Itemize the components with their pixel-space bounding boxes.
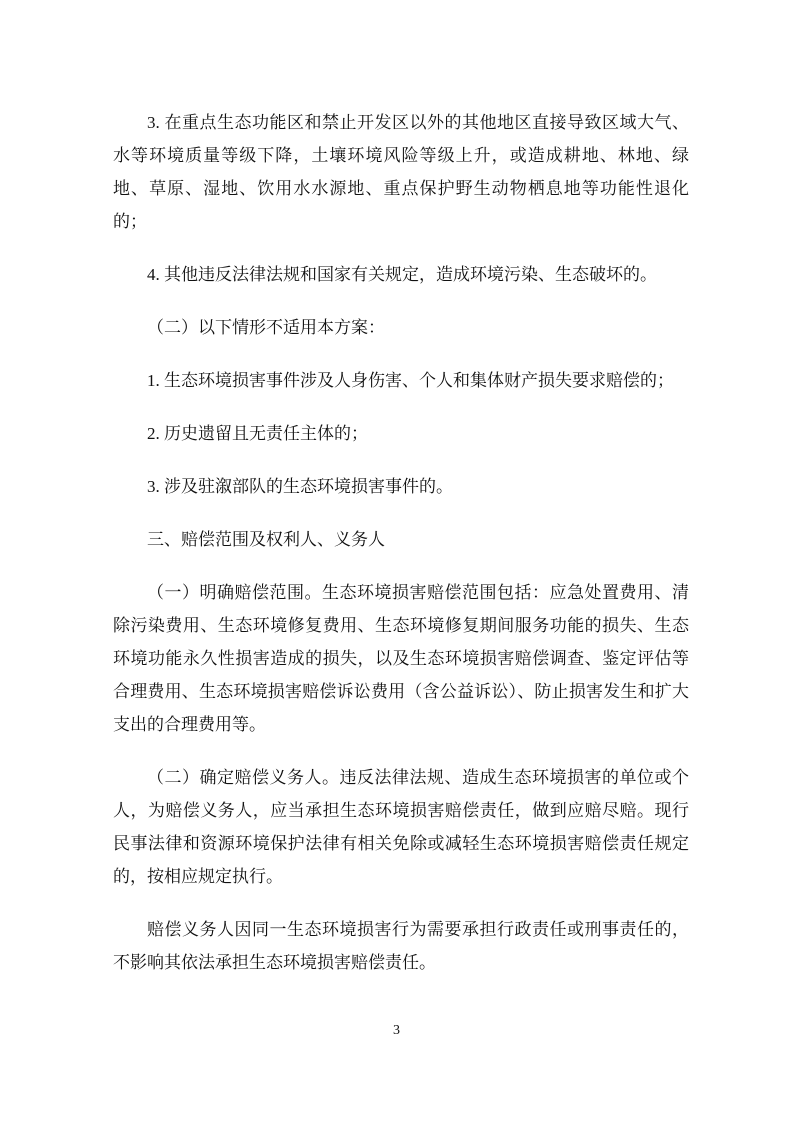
paragraph: （二）确定赔偿义务人。违反法律法规、造成生态环境损害的单位或个人，为赔偿义务人，… [113, 761, 689, 893]
paragraph: 2. 历史遗留且无责任主体的； [113, 417, 689, 450]
paragraph: （二）以下情形不适用本方案： [113, 311, 689, 344]
page-number: 3 [0, 1022, 793, 1040]
paragraph: 3. 在重点生态功能区和禁止开发区以外的其他地区直接导致区域大气、水等环境质量等… [113, 106, 689, 238]
paragraph: 三、赔偿范围及权利人、义务人 [113, 523, 689, 556]
paragraph: 4. 其他违反法律法规和国家有关规定，造成环境污染、生态破坏的。 [113, 258, 689, 291]
document-body: 3. 在重点生态功能区和禁止开发区以外的其他地区直接导致区域大气、水等环境质量等… [113, 106, 689, 999]
paragraph: 3. 涉及驻溆部队的生态环境损害事件的。 [113, 470, 689, 503]
paragraph: 赔偿义务人因同一生态环境损害行为需要承担行政责任或刑事责任的，不影响其依法承担生… [113, 913, 689, 979]
paragraph: 1. 生态环境损害事件涉及人身伤害、个人和集体财产损失要求赔偿的； [113, 364, 689, 397]
document-page: 3. 在重点生态功能区和禁止开发区以外的其他地区直接导致区域大气、水等环境质量等… [0, 0, 793, 1122]
paragraph: （一）明确赔偿范围。生态环境损害赔偿范围包括：应急处置费用、清除污染费用、生态环… [113, 576, 689, 741]
